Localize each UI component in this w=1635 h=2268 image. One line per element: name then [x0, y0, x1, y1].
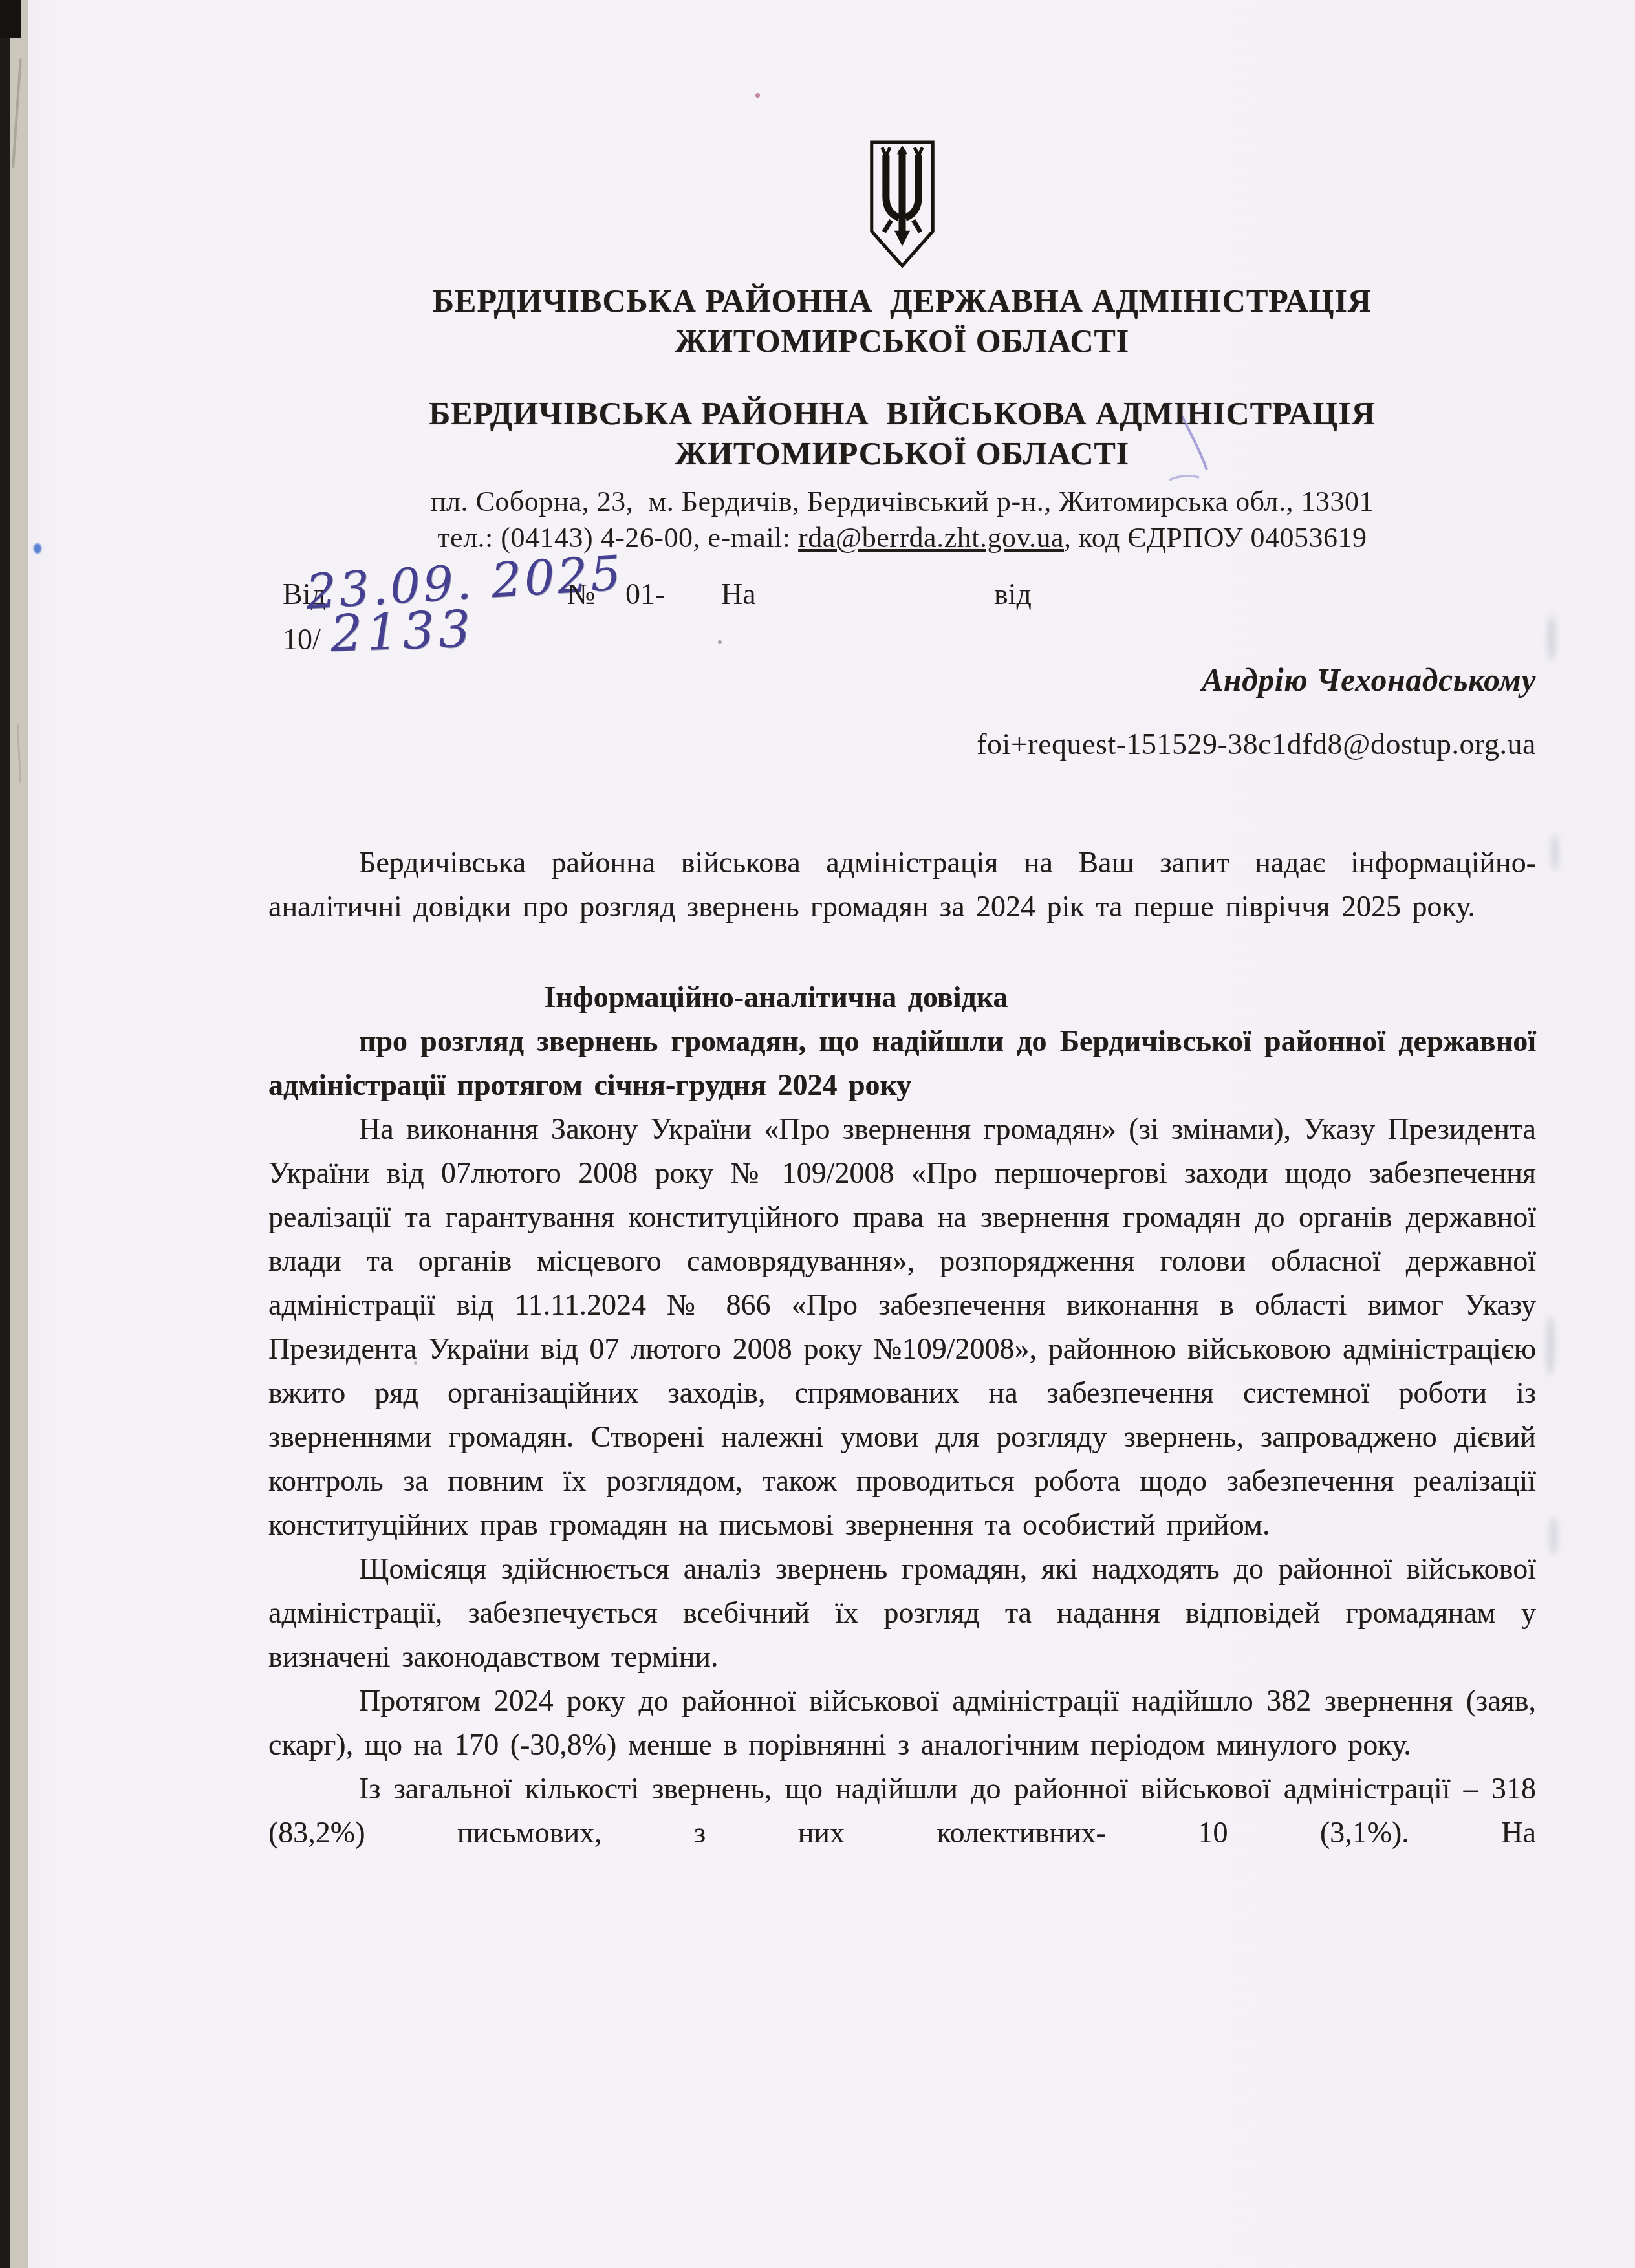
org-name-military-line2: ЖИТОМИРСЬКОЇ ОБЛАСТІ [268, 433, 1536, 473]
letterhead-email: rda@berrda.zht.gov.ua [798, 522, 1064, 554]
addressee-email: foi+request-151529-38c1dfd8@dostup.org.u… [268, 727, 1536, 761]
body-paragraph: Протягом 2024 року до районної військово… [268, 1679, 1536, 1767]
letterhead-contact: тел.: (04143) 4-26-00, e-mail: rda@berrd… [268, 520, 1536, 556]
ref-number-line2: 10/ [283, 622, 321, 656]
body-paragraph: Щомісяця здійснюється аналіз звернень гр… [268, 1547, 1536, 1679]
smudge-artifact [1546, 1316, 1555, 1376]
tryzub-icon [866, 137, 938, 270]
document-content: БЕРДИЧІВСЬКА РАЙОННА ДЕРЖАВНА АДМІНІСТРА… [268, 0, 1536, 2268]
smudge-artifact [1547, 616, 1556, 661]
letter-body: Бердичівська районна військова адміністр… [268, 841, 1536, 1855]
org-name-military-line1: БЕРДИЧІВСЬКА РАЙОННА ВІЙСЬКОВА АДМІНІСТР… [268, 393, 1536, 433]
ref-number2-handwritten: 2133 [329, 600, 475, 664]
scanner-edge-strip [0, 0, 10, 2268]
addressee-block: Андрію Чехонадському foi+request-151529-… [268, 661, 1536, 761]
body-intro: Бердичівська районна військова адміністр… [268, 841, 1536, 929]
letterhead: БЕРДИЧІВСЬКА РАЙОННА ДЕРЖАВНА АДМІНІСТРА… [268, 137, 1536, 556]
body-paragraph: На виконання Закону України «Про звернен… [268, 1107, 1536, 1547]
letterhead-address: пл. Соборна, 23, м. Бердичів, Бердичівсь… [268, 484, 1536, 520]
org-name-state-line1: БЕРДИЧІВСЬКА РАЙОННА ДЕРЖАВНА АДМІНІСТРА… [268, 281, 1536, 321]
ref-number-printed: 01- [625, 577, 665, 611]
org-name-state-line2: ЖИТОМИРСЬКОЇ ОБЛАСТІ [268, 321, 1536, 361]
doc-subtitle: про розгляд звернень громадян, що надійш… [268, 1019, 1536, 1107]
scanner-paper-edge [10, 0, 28, 2268]
doc-title: Інформаційно-аналітична довідка [268, 975, 1536, 1019]
contact-edrpou: , код ЄДРПОУ 04053619 [1064, 522, 1367, 554]
ref-number-sign: № [567, 577, 596, 611]
body-paragraph: Із загальної кількості звернень, що наді… [268, 1767, 1536, 1855]
blue-dot-artifact [34, 543, 41, 554]
ref-vid-label: від [994, 577, 1032, 611]
scanned-letter-page: БЕРДИЧІВСЬКА РАЙОННА ДЕРЖАВНА АДМІНІСТРА… [0, 0, 1635, 2268]
addressee-name: Андрію Чехонадському [1202, 662, 1536, 698]
smudge-artifact [1550, 1517, 1557, 1555]
smudge-artifact [1551, 834, 1559, 870]
corner-artifact [0, 0, 21, 38]
ref-na-label: На [721, 577, 756, 611]
